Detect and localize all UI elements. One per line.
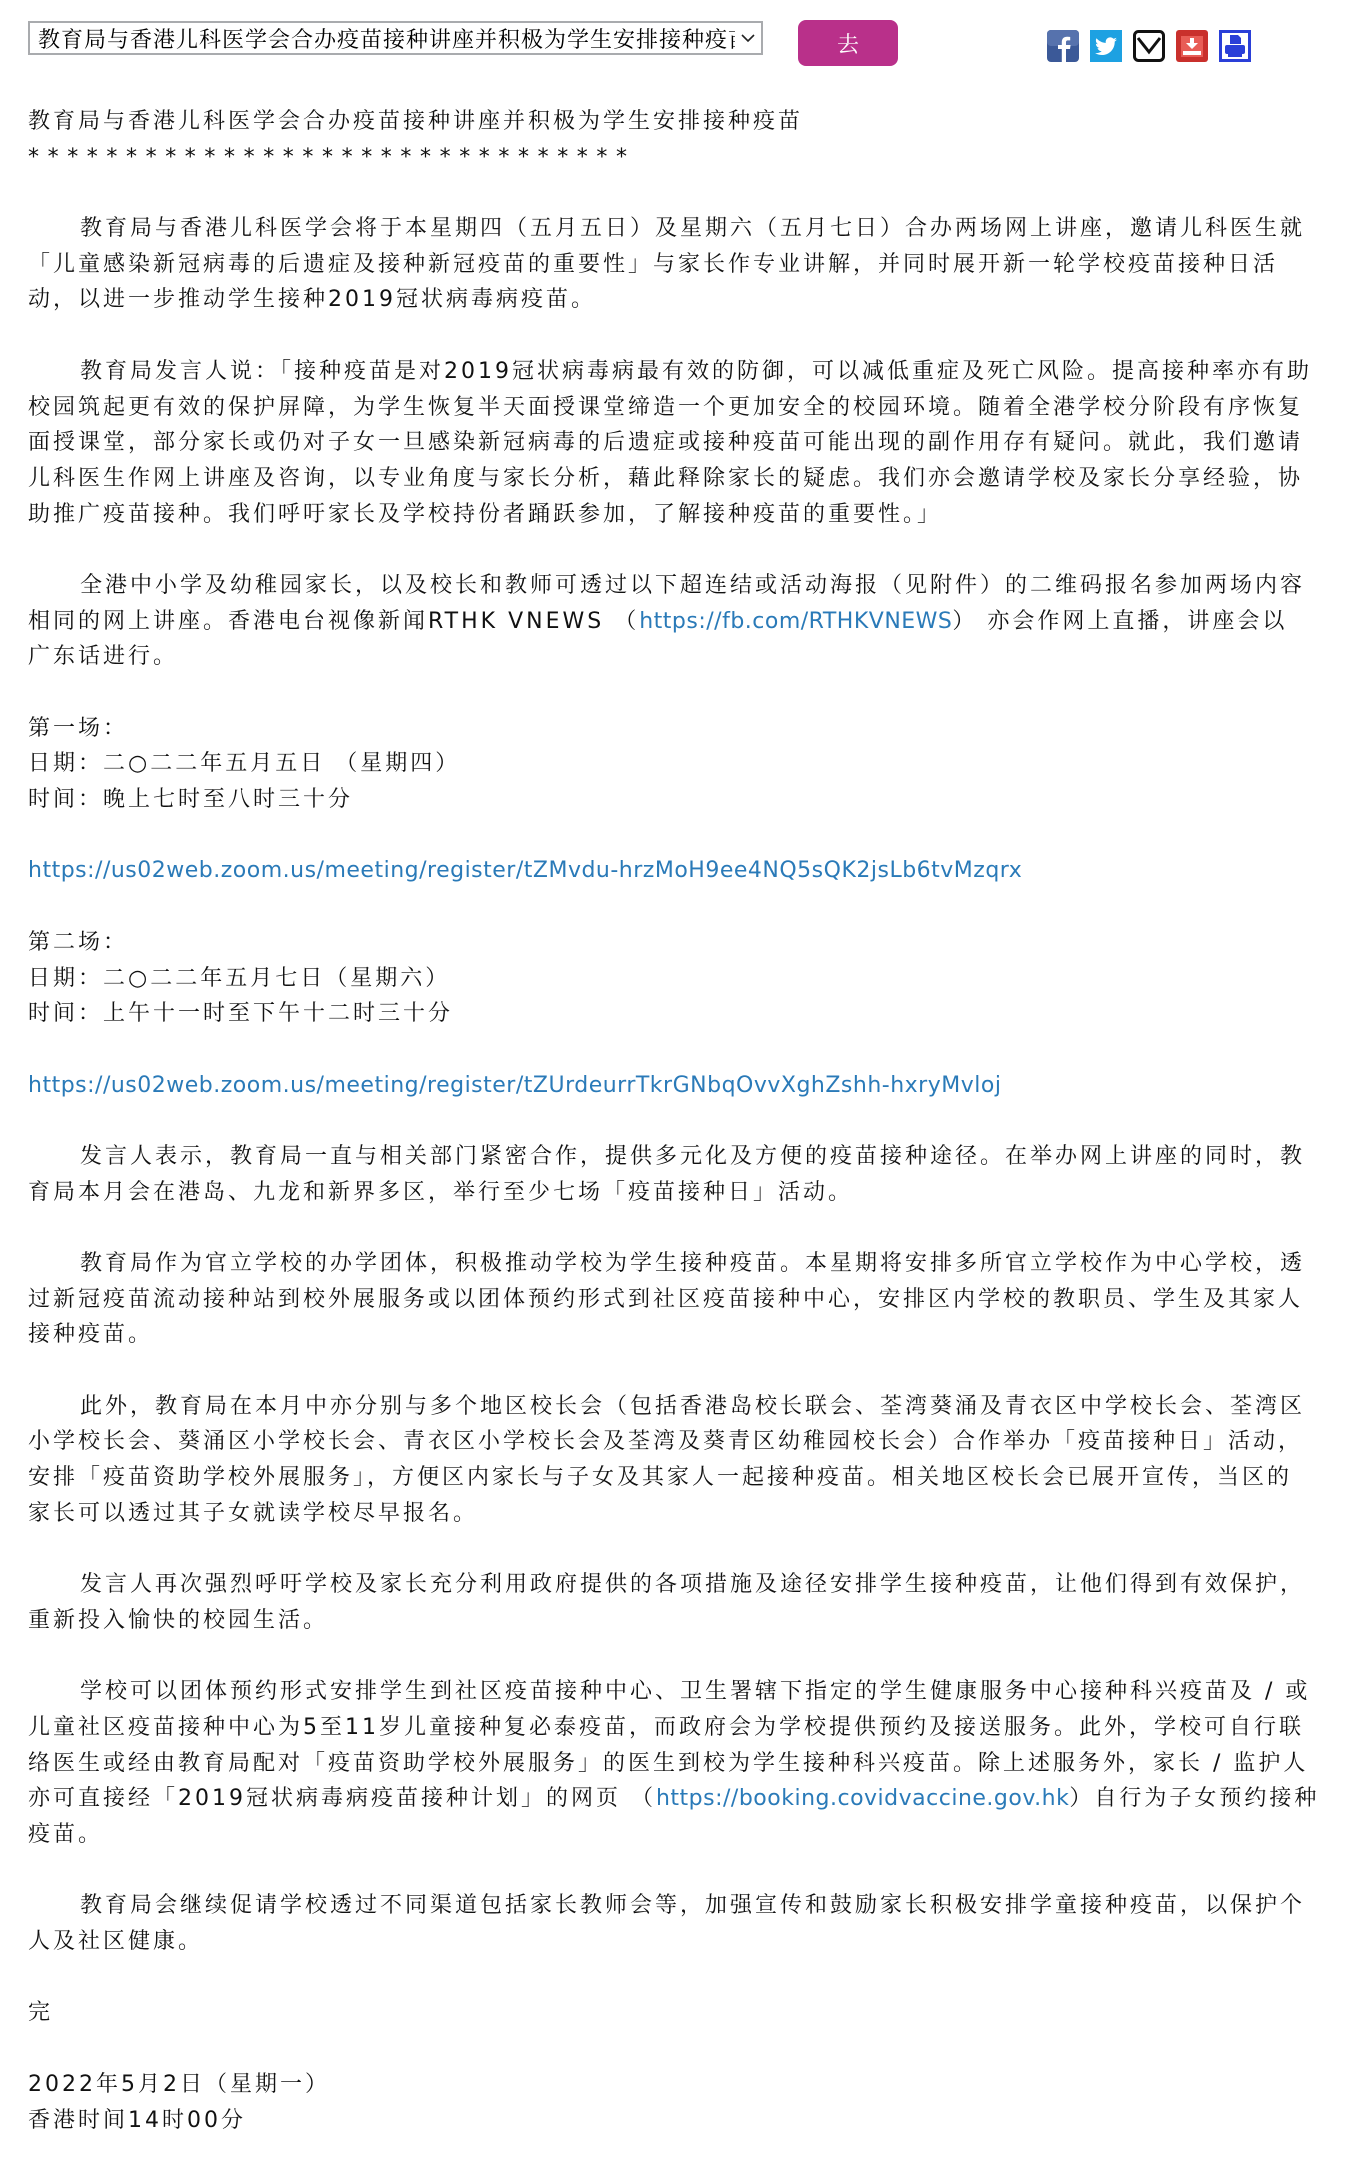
paragraph-line: 面授课堂，部分家长或仍对子女一旦感染新冠病毒的后遗症或接种疫苗可能出现的副作用存… xyxy=(28,425,1328,461)
paragraph-line: 儿科医生作网上讲座及咨询，以专业角度与家长分析，藉此释除家长的疑虑。我们亦会邀请… xyxy=(28,461,1328,497)
download-icon[interactable] xyxy=(1176,30,1208,62)
release-date: 2022年5月2日（星期一） xyxy=(28,2067,1328,2103)
session-2-time: 时间：上午十一时至下午十二时三十分 xyxy=(28,996,1328,1032)
share-toolbar xyxy=(1047,30,1251,62)
paragraph-3: 全港中小学及幼稚园家长，以及校长和教师可透过以下超连结或活动海报（见附件）的二维… xyxy=(28,568,1328,675)
session-1-time: 时间：晚上七时至八时三十分 xyxy=(28,782,1328,818)
text-span: 相同的网上讲座。香港电台视像新闻RTHK VNEWS （ xyxy=(28,609,639,634)
paragraph-line: 「儿童感染新冠病毒的后遗症及接种新冠疫苗的重要性」与家长作专业讲解，并同时展开新… xyxy=(28,247,1328,283)
facebook-icon[interactable] xyxy=(1047,30,1079,62)
article-select-dropdown[interactable]: 教育局与香港儿科医学会合办疫苗接种讲座并积极为学生安排接种疫苗 xyxy=(28,21,763,55)
paragraph-2: 教育局发言人说：「接种疫苗是对2019冠状病毒病最有效的防御，可以减低重症及死亡… xyxy=(28,354,1328,532)
twitter-icon[interactable] xyxy=(1090,30,1122,62)
text-span: 亦可直接经「2019冠状病毒病疫苗接种计划」的网页 （ xyxy=(28,1786,656,1811)
email-icon[interactable] xyxy=(1133,30,1165,62)
text-span: ） 亦会作网上直播，讲座会以 xyxy=(952,609,1287,634)
session-2-register-link[interactable]: https://us02web.zoom.us/meeting/register… xyxy=(28,1073,1001,1098)
release-time: 香港时间14时00分 xyxy=(28,2103,1328,2139)
print-icon[interactable] xyxy=(1219,30,1251,62)
paragraph-line: 助推广疫苗接种。我们呼吁家长及学校持份者踊跃参加，了解接种疫苗的重要性。」 xyxy=(28,497,1328,533)
text-span: ）自行为子女预约接种 xyxy=(1069,1786,1319,1811)
paragraph-line: 重新投入愉快的校园生活。 xyxy=(28,1603,1328,1639)
covid-vaccine-booking-link[interactable]: https://booking.covidvaccine.gov.hk xyxy=(656,1786,1069,1811)
paragraph-line: 亦可直接经「2019冠状病毒病疫苗接种计划」的网页 （https://booki… xyxy=(28,1781,1328,1817)
paragraph-5: 教育局作为官立学校的办学团体，积极推动学校为学生接种疫苗。本星期将安排多所官立学… xyxy=(28,1246,1328,1353)
paragraph-line: 儿童社区疫苗接种中心为5至11岁儿童接种复必泰疫苗，而政府会为学校提供预约及接送… xyxy=(28,1710,1328,1746)
paragraph-line: 疫苗。 xyxy=(28,1817,1328,1853)
top-toolbar: 教育局与香港儿科医学会合办疫苗接种讲座并积极为学生安排接种疫苗 去 xyxy=(0,0,1358,80)
paragraph-6: 此外，教育局在本月中亦分别与多个地区校长会（包括香港岛校长联会、荃湾葵涌及青衣区… xyxy=(28,1389,1328,1532)
paragraph-line: 全港中小学及幼稚园家长，以及校长和教师可透过以下超连结或活动海报（见附件）的二维… xyxy=(28,568,1328,604)
article-title: 教育局与香港儿科医学会合办疫苗接种讲座并积极为学生安排接种疫苗 xyxy=(28,104,1328,140)
paragraph-line: 广东话进行。 xyxy=(28,639,1328,675)
paragraph-line: 育局本月会在港岛、九龙和新界多区，举行至少七场「疫苗接种日」活动。 xyxy=(28,1175,1328,1211)
session-1: 第一场： 日期：二○二二年五月五日 （星期四） 时间：晚上七时至八时三十分 ht… xyxy=(28,711,1328,889)
paragraph-line: 络医生或经由教育局配对「疫苗资助学校外展服务」的医生到校为学生接种科兴疫苗。除上… xyxy=(28,1746,1328,1782)
paragraph-line: 安排「疫苗资助学校外展服务」，方便区内家长与子女及其家人一起接种疫苗。相关地区校… xyxy=(28,1460,1328,1496)
chevron-down-icon xyxy=(735,23,761,53)
paragraph-line: 动，以进一步推动学生接种2019冠状病毒病疫苗。 xyxy=(28,282,1328,318)
article-body: 教育局与香港儿科医学会合办疫苗接种讲座并积极为学生安排接种疫苗 ********… xyxy=(28,104,1328,2138)
paragraph-line: 家长可以透过其子女就读学校尽早报名。 xyxy=(28,1496,1328,1532)
go-button[interactable]: 去 xyxy=(798,20,898,66)
paragraph-line: 学校可以团体预约形式安排学生到社区疫苗接种中心、卫生署辖下指定的学生健康服务中心… xyxy=(28,1674,1328,1710)
paragraph-line: 过新冠疫苗流动接种站到校外展服务或以团体预约形式到社区疫苗接种中心，安排区内学校… xyxy=(28,1282,1328,1318)
paragraph-line: 教育局发言人说：「接种疫苗是对2019冠状病毒病最有效的防御，可以减低重症及死亡… xyxy=(28,354,1328,390)
paragraph-line: 相同的网上讲座。香港电台视像新闻RTHK VNEWS （https://fb.c… xyxy=(28,604,1328,640)
paragraph-line: 校园筑起更有效的保护屏障，为学生恢复半天面授课堂缔造一个更加安全的校园环境。随着… xyxy=(28,390,1328,426)
paragraph-line: 此外，教育局在本月中亦分别与多个地区校长会（包括香港岛校长联会、荃湾葵涌及青衣区… xyxy=(28,1389,1328,1425)
title-divider: ******************************* xyxy=(28,140,1328,176)
paragraph-8: 学校可以团体预约形式安排学生到社区疫苗接种中心、卫生署辖下指定的学生健康服务中心… xyxy=(28,1674,1328,1852)
end-marker: 完 xyxy=(28,1995,1328,2031)
session-2-heading: 第二场： xyxy=(28,925,1328,961)
paragraph-line: 发言人表示，教育局一直与相关部门紧密合作，提供多元化及方便的疫苗接种途径。在举办… xyxy=(28,1139,1328,1175)
rthk-vnews-link[interactable]: https://fb.com/RTHKVNEWS xyxy=(639,609,952,634)
session-2-date: 日期：二○二二年五月七日（星期六） xyxy=(28,961,1328,997)
paragraph-9: 教育局会继续促请学校透过不同渠道包括家长教师会等，加强宣传和鼓励家长积极安排学童… xyxy=(28,1888,1328,1959)
paragraph-line: 教育局作为官立学校的办学团体，积极推动学校为学生接种疫苗。本星期将安排多所官立学… xyxy=(28,1246,1328,1282)
paragraph-4: 发言人表示，教育局一直与相关部门紧密合作，提供多元化及方便的疫苗接种途径。在举办… xyxy=(28,1139,1328,1210)
session-1-register-link[interactable]: https://us02web.zoom.us/meeting/register… xyxy=(28,858,1022,883)
paragraph-line: 人及社区健康。 xyxy=(28,1924,1328,1960)
paragraph-1: 教育局与香港儿科医学会将于本星期四（五月五日）及星期六（五月七日）合办两场网上讲… xyxy=(28,211,1328,318)
paragraph-line: 接种疫苗。 xyxy=(28,1317,1328,1353)
session-1-date: 日期：二○二二年五月五日 （星期四） xyxy=(28,746,1328,782)
paragraph-line: 发言人再次强烈呼吁学校及家长充分利用政府提供的各项措施及途径安排学生接种疫苗，让… xyxy=(28,1567,1328,1603)
session-2: 第二场： 日期：二○二二年五月七日（星期六） 时间：上午十一时至下午十二时三十分… xyxy=(28,925,1328,1103)
session-1-heading: 第一场： xyxy=(28,711,1328,747)
paragraph-line: 教育局会继续促请学校透过不同渠道包括家长教师会等，加强宣传和鼓励家长积极安排学童… xyxy=(28,1888,1328,1924)
paragraph-7: 发言人再次强烈呼吁学校及家长充分利用政府提供的各项措施及途径安排学生接种疫苗，让… xyxy=(28,1567,1328,1638)
paragraph-line: 小学校长会、葵涌区小学校长会、青衣区小学校长会及荃湾及葵青区幼稚园校长会）合作举… xyxy=(28,1424,1328,1460)
article-select-value: 教育局与香港儿科医学会合办疫苗接种讲座并积极为学生安排接种疫苗 xyxy=(30,23,735,54)
paragraph-line: 教育局与香港儿科医学会将于本星期四（五月五日）及星期六（五月七日）合办两场网上讲… xyxy=(28,211,1328,247)
